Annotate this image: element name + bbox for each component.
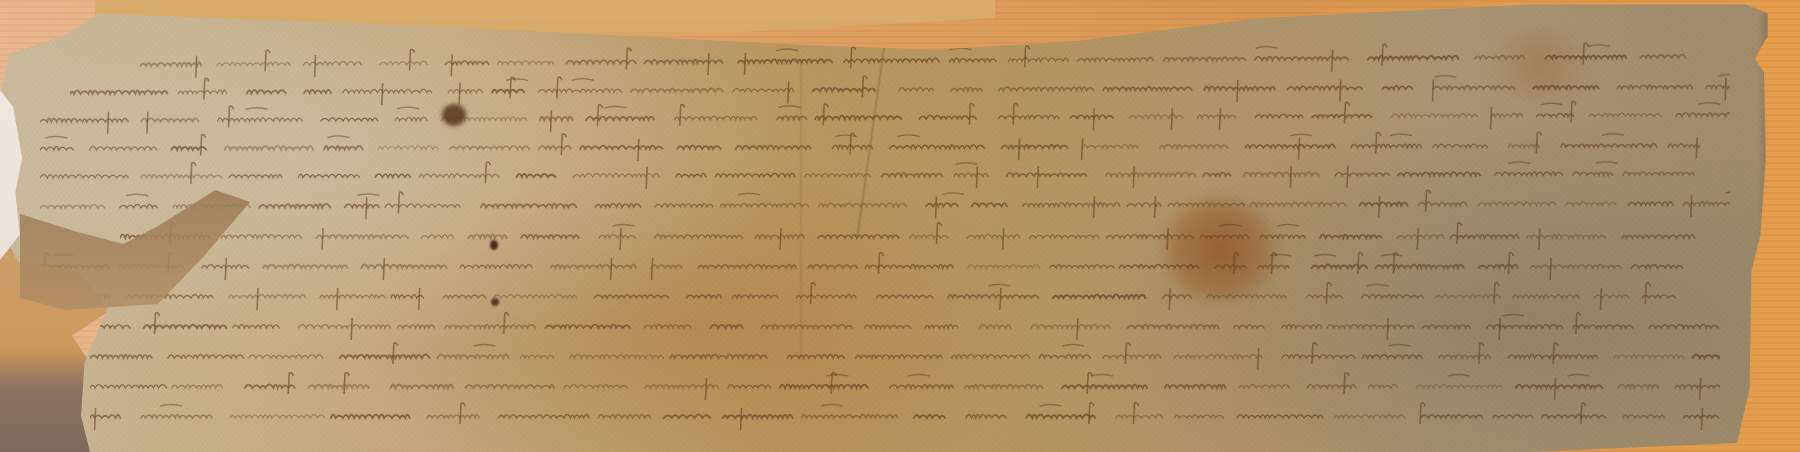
text-line bbox=[90, 372, 1720, 402]
text-line bbox=[40, 282, 1710, 312]
text-line bbox=[40, 189, 1730, 222]
handwritten-text-lines bbox=[0, 0, 1800, 452]
text-line bbox=[40, 159, 1720, 192]
text-line bbox=[90, 402, 1720, 432]
parchment-sheet bbox=[0, 0, 1800, 452]
text-line bbox=[90, 342, 1720, 372]
text-line bbox=[40, 252, 1700, 282]
text-line bbox=[40, 312, 1720, 342]
text-line bbox=[120, 222, 1720, 252]
